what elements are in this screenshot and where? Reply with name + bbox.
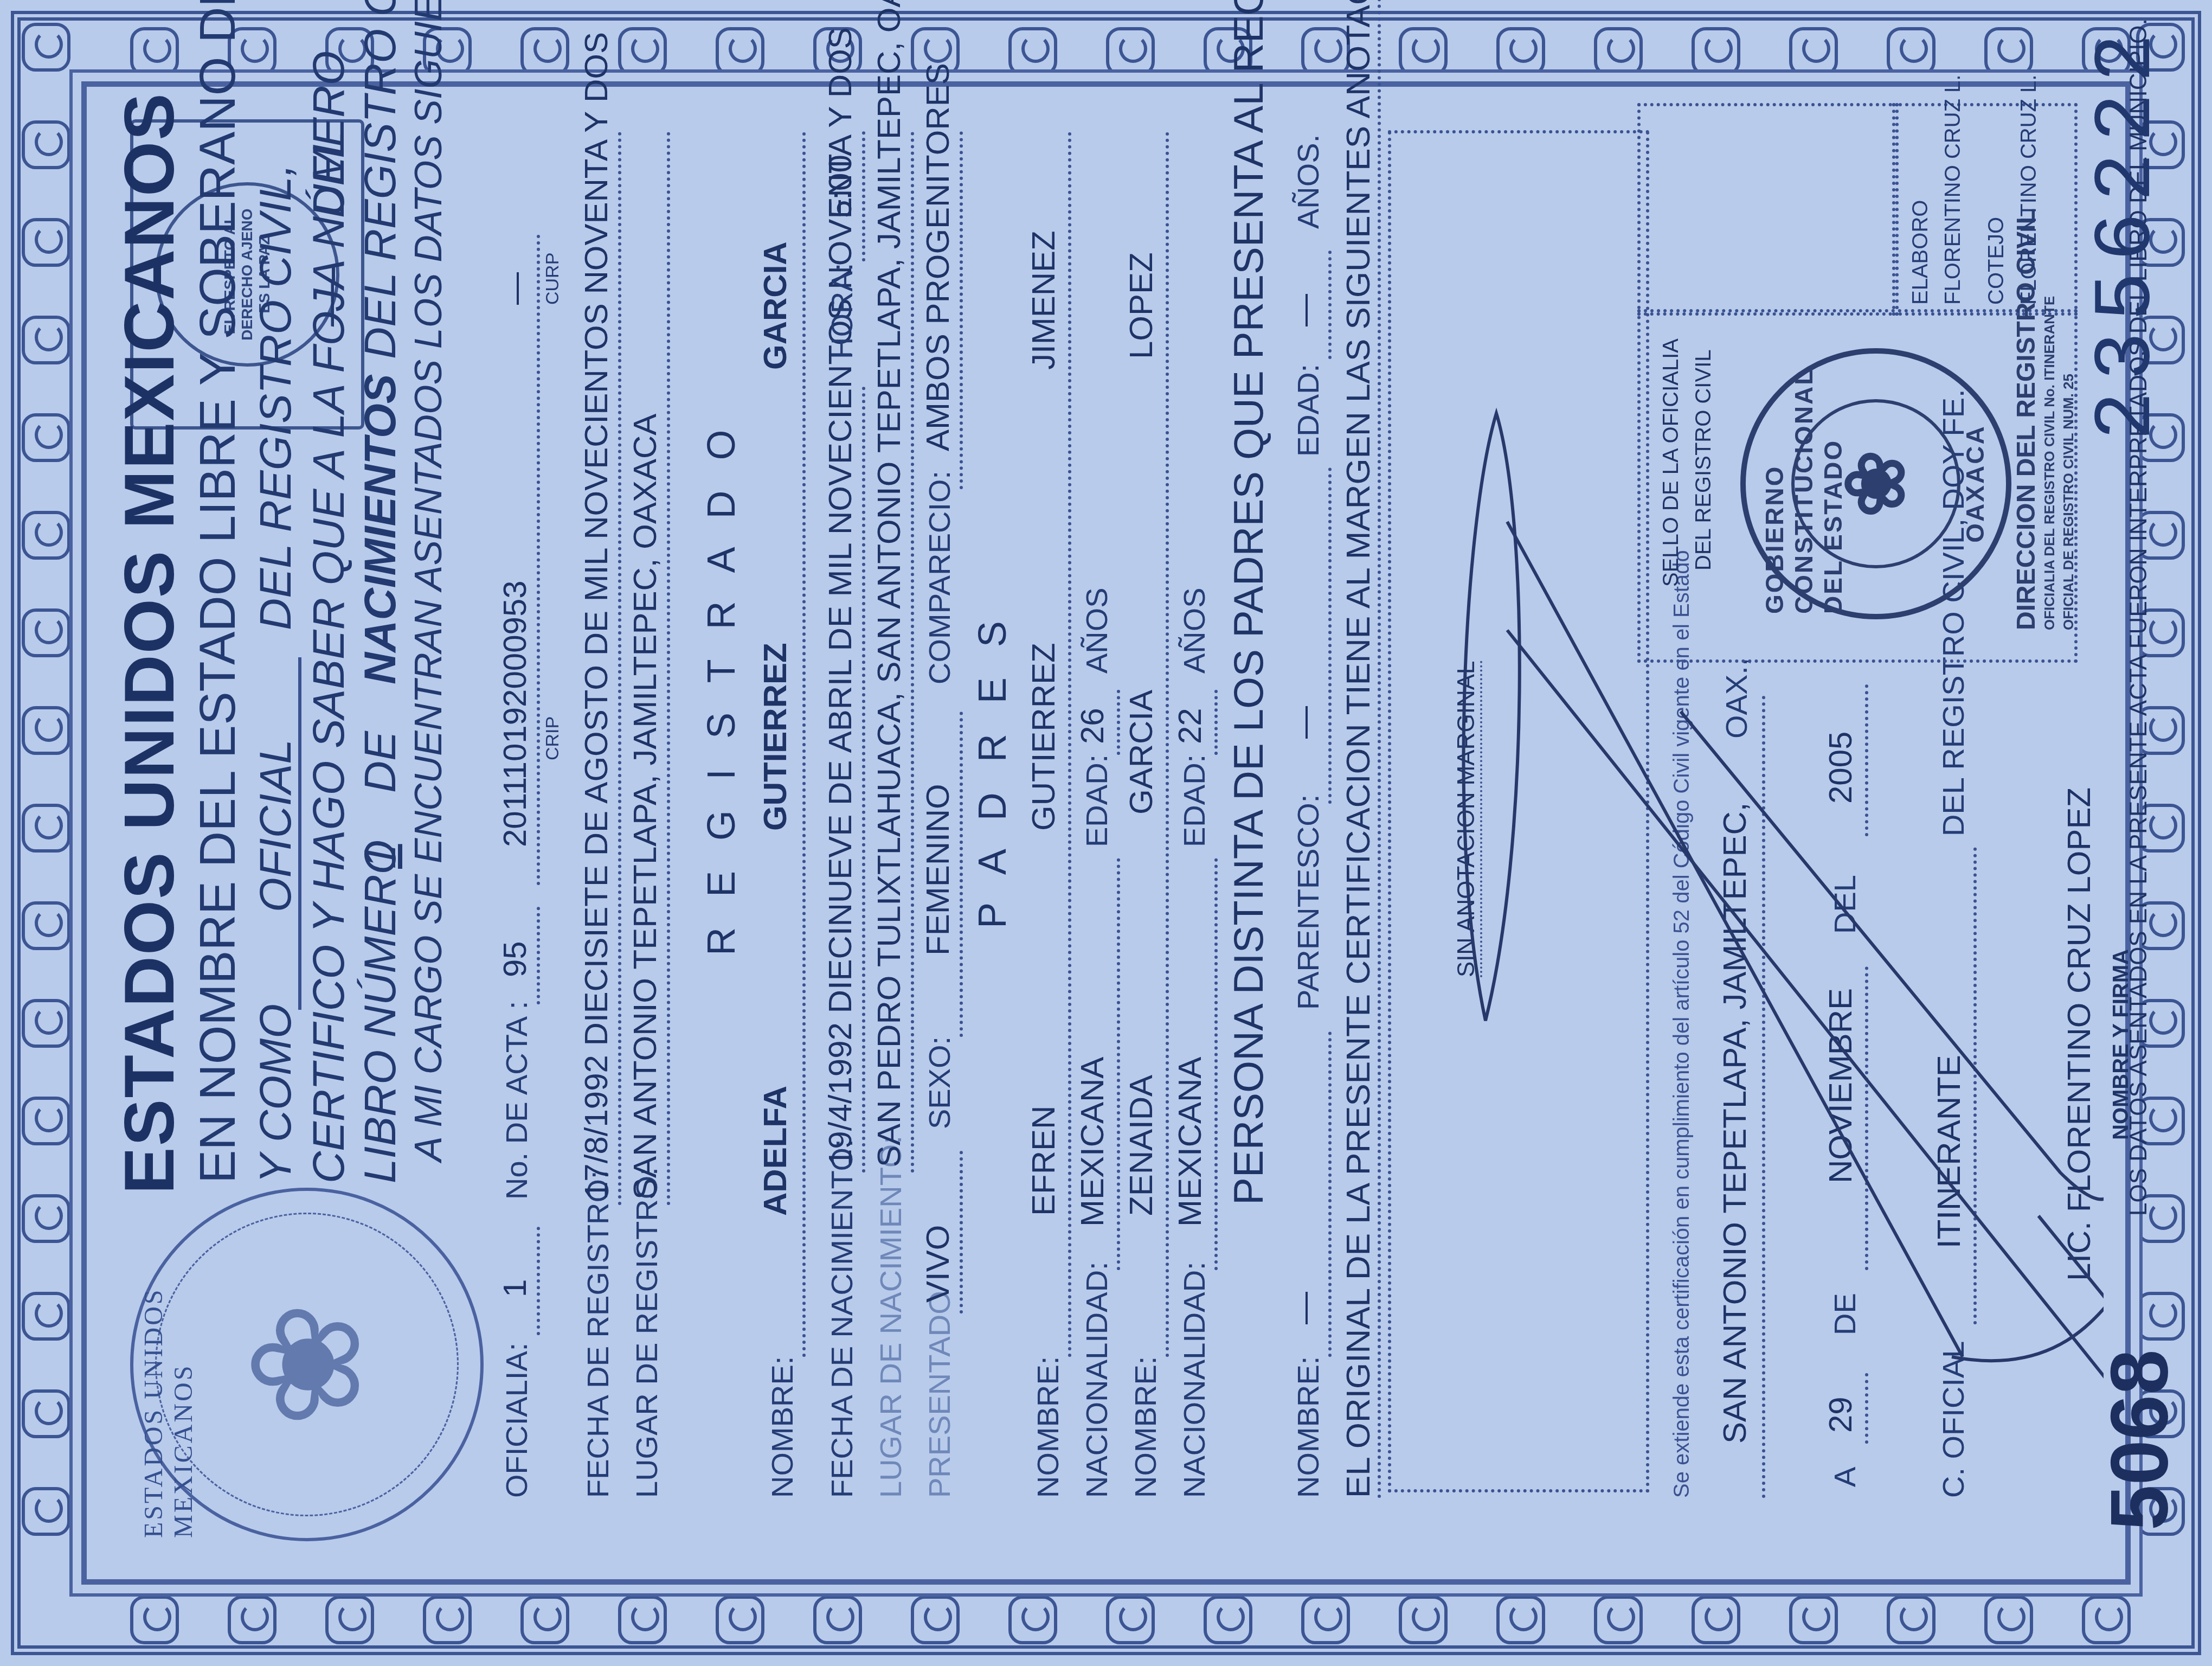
mexico-coat-of-arms-icon: ESTADOS UNIDOS MEXICANOS ❀ [130, 1188, 484, 1541]
padre-edad-label: EDAD: [1079, 754, 1114, 847]
madre-edad: 22 [1171, 708, 1208, 744]
padre-edad-unit: AÑOS [1079, 587, 1114, 674]
fecha-anio: 2005 [1822, 732, 1859, 804]
anotaciones-text: SIN ANOTACION MARGINAL [1453, 661, 1482, 978]
document-content: ESTADOS UNIDOS MEXICANOS ❀ EL RESPETO AL… [108, 114, 2104, 1552]
parentesco-value: — [1285, 706, 1322, 739]
registrado-nombre: ADELFA [756, 1086, 794, 1216]
persona-nombre: — [1285, 1292, 1322, 1324]
header-y-como: Y COMO [250, 1004, 301, 1183]
control-number: 5068 [2093, 1349, 2187, 1530]
crip-value: 201110192000953 [496, 580, 533, 847]
sexo-label: SEXO: [922, 1036, 957, 1129]
registrado-section-title: R E G I S T R A D O [699, 420, 744, 956]
registrado-segundo-apellido: GARCIA [756, 241, 794, 370]
padre-primer-apellido: GUTIERREZ [1025, 643, 1062, 831]
registrado-nombre-label: NOMBRE: [764, 1356, 800, 1498]
fecha-a-label: A [1827, 1467, 1862, 1487]
curp-label: CURP [542, 253, 563, 305]
hora-value: 5:00 [821, 155, 859, 218]
c-oficial-label: C. OFICIAL [1935, 1341, 1971, 1498]
signature-control-box [1637, 103, 1899, 316]
header-foja-value: — [304, 282, 355, 326]
persona-edad-label: EDAD: [1290, 364, 1326, 457]
certificacion-lugar: SAN ANTONIO TEPETLAPA, JAMILTEPEC, [1716, 802, 1753, 1444]
padre-nacionalidad: MEXICANA [1073, 1057, 1111, 1227]
header-nacimientos: NACIMIENTOS [355, 374, 406, 684]
padres-section-title: P A D R E S [970, 611, 1015, 928]
header-oficial-value: OFICIAL [250, 739, 301, 912]
fecha-registro-label: FECHA DE REGISTRO: [580, 1170, 615, 1498]
padre-nombre-label: NOMBRE: [1030, 1356, 1065, 1498]
elaboro-value: FLORENTINO CRUZ L. [1941, 75, 1965, 305]
header-registro-civil: DEL REGISTRO CIVIL, [250, 164, 301, 630]
persona-edad: — [1285, 294, 1322, 326]
curp-value: — [496, 272, 533, 305]
fecha-dia: 29 [1822, 1396, 1859, 1433]
presentado-label: PRESENTADO [922, 1291, 957, 1498]
madre-segundo-apellido: LOPEZ [1122, 252, 1160, 359]
comparecio-value: AMBOS PROGENITORES [919, 63, 956, 451]
padre-edad: 26 [1073, 708, 1111, 744]
stamp-line-3: OFICIAL DE REGISTRO CIVIL NUM. 25 [2060, 374, 2077, 630]
crip-label: CRIP [542, 716, 563, 760]
madre-nombre: ZENAIDA [1122, 1075, 1160, 1216]
fecha-registro-value: 17/8/1992 DIECISIETE DE AGOSTO DE MIL NO… [577, 32, 615, 1200]
fecha-del-label: DEL [1827, 875, 1862, 934]
acta-number-value: 95 [496, 941, 533, 977]
certificacion-legal-note: Se extiende esta certificación en cumpli… [1670, 550, 1694, 1498]
document-title: ESTADOS UNIDOS MEXICANOS [108, 92, 190, 1194]
greca-border-top [22, 130, 76, 1536]
madre-nacionalidad-label: NACIONALIDAD: [1176, 1261, 1212, 1498]
firmante-name: LIC. FLORENTINO CRUZ LOPEZ [2060, 787, 2098, 1281]
oficialia-value: 1 [496, 1279, 533, 1297]
birth-certificate-page: ESTADOS UNIDOS MEXICANOS ❀ EL RESPETO AL… [0, 0, 2212, 1666]
header-del: DEL [304, 131, 355, 218]
header-certifico: CERTIFICO Y HAGO SABER QUE A LA FOJA NÚM… [304, 51, 355, 1183]
madre-nacionalidad: MEXICANA [1171, 1057, 1208, 1227]
fecha-mes: NOVIEMBRE [1822, 988, 1859, 1183]
padre-nacionalidad-label: NACIONALIDAD: [1079, 1261, 1114, 1498]
persona-nombre-label: NOMBRE: [1290, 1356, 1326, 1498]
oficialia-label: OFICIALIA: [499, 1343, 534, 1498]
header-libro-numero: LIBRO NÚMERO [355, 840, 406, 1183]
lugar-nacimiento-value: SAN PEDRO TULIXTLAHUACA, SAN ANTONIO TEP… [870, 0, 908, 1167]
header-de: DE [355, 731, 406, 793]
parentesco-label: PARENTESCO: [1290, 794, 1326, 1010]
certificacion-estado: OAX., [1719, 658, 1754, 739]
registrado-primer-apellido: GUTIERREZ [756, 643, 794, 831]
header-registro-civil-2: DEL REGISTRO CIVIL [355, 0, 406, 359]
oficial-underline [298, 657, 301, 1010]
persona-distinta-title: PERSONA DISTINTA DE LOS PADRES QUE PRESE… [1225, 0, 1272, 1205]
anotaciones-box [1388, 130, 1649, 1492]
acta-number-label: No. DE ACTA : [499, 1001, 534, 1200]
comparecio-label: COMPARECIO: [922, 471, 957, 684]
madre-primer-apellido: GARCIA [1122, 690, 1160, 815]
presentado-value: VIVO [919, 1225, 956, 1303]
hora-label: HORA: [824, 263, 859, 359]
cotejo-label: COTEJO [1984, 217, 2009, 305]
fecha-de-label: DE [1827, 1293, 1862, 1335]
folio-number: 2356222 [2082, 23, 2174, 440]
madre-edad-unit: AÑOS [1176, 587, 1212, 674]
lugar-registro-value: SAN ANTONIO TEPETLAPA, JAMILTEPEC, OAXAC… [626, 414, 664, 1200]
sexo-value: FEMENINO [919, 784, 956, 956]
cotejo-value: FLORENTINO CRUZ L. [2017, 75, 2041, 305]
anotaciones-heading: EL ORIGINAL DE LA PRESENTE CERTIFICACION… [1339, 0, 1381, 1498]
lugar-nacimiento-label: LUGAR DE NACIMIENTO: [873, 1136, 908, 1498]
elaboro-label: ELABORO [1908, 200, 1933, 305]
registro-civil-stamp-icon: GOBIERNO CONSTITUCIONAL DEL ESTADO ❀ OAX… [1740, 348, 2011, 619]
persona-edad-unit: AÑOS. [1290, 134, 1326, 229]
padre-segundo-apellido: JIMENEZ [1025, 230, 1062, 370]
madre-edad-label: EDAD: [1176, 754, 1212, 847]
padre-nombre: EFREN [1025, 1106, 1062, 1216]
greca-border-left [130, 1590, 2082, 1644]
header-libro-value: 1 [355, 844, 406, 869]
header-line-estado: EN NOMBRE DEL ESTADO LIBRE Y SOBERANO DE… [190, 0, 247, 1183]
lugar-registro-label: LUGAR DE REGISTRO: [629, 1167, 664, 1498]
sello-label-1: SELLO DE LA OFICIALIA [1659, 338, 1683, 587]
oficial-tipo: ITINERANTE [1930, 1055, 1967, 1248]
stamp-line-2: OFICIALIA DEL REGISTRO CIVIL No. ITINERA… [2041, 296, 2058, 630]
fecha-nacimiento-label: FECHA DE NACIMIENTO: [824, 1139, 859, 1498]
sello-label-2: DEL REGISTRO CIVIL [1692, 350, 1716, 571]
header-datos-siguientes: A MI CARGO SE ENCUENTRAN ASENTADOS LOS D… [407, 0, 450, 1162]
madre-nombre-label: NOMBRE: [1128, 1356, 1163, 1498]
